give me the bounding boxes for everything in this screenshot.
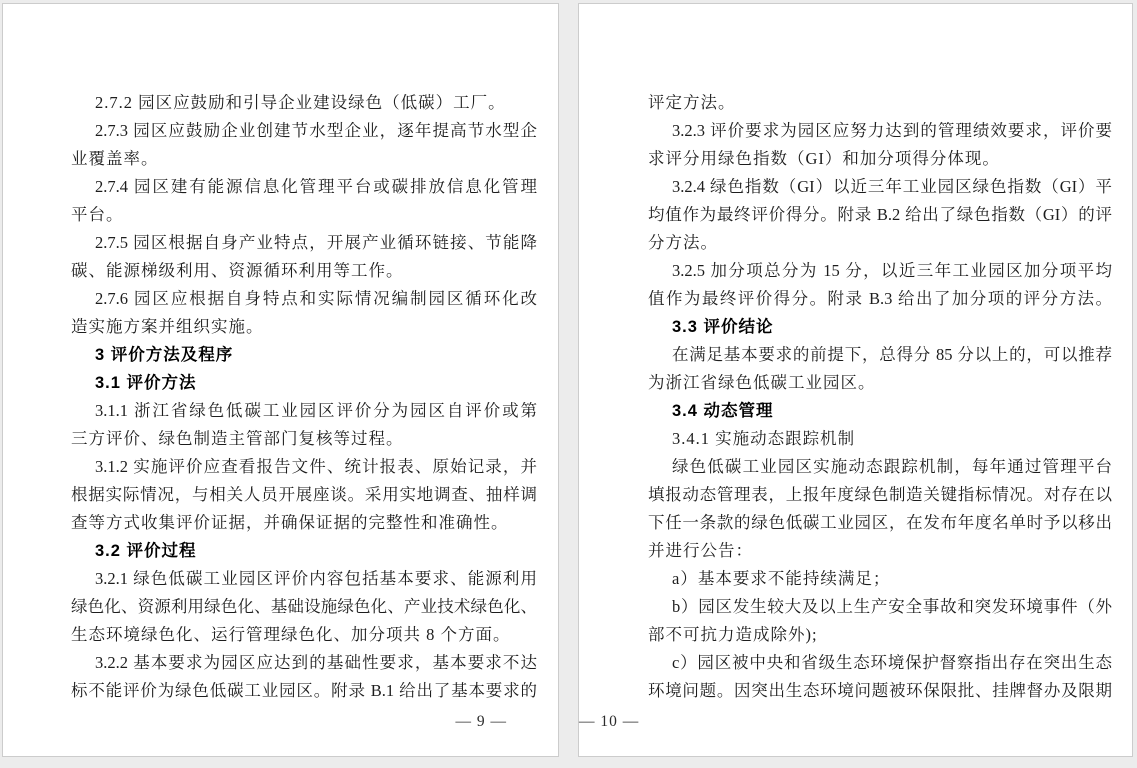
text-line: 3.2.5 加分项总分为 15 分，以近三年工业园区加分项平均 — [648, 257, 1112, 285]
heading-line: 3.2 评价过程 — [71, 537, 537, 565]
text-line: 绿色化、资源利用绿色化、基础设施绿色化、产业技术绿色化、 — [71, 593, 537, 621]
page-9-number: — 9 — — [3, 708, 558, 736]
text-line: b）园区发生较大及以上生产安全事故和突发环境事件（外 — [648, 593, 1112, 621]
text-line: 生态环境绿色化、运行管理绿色化、加分项共 8 个方面。 — [71, 621, 537, 649]
text-line: 绿色低碳工业园区实施动态跟踪机制，每年通过管理平台 — [648, 453, 1112, 481]
document-page-9: 2.7.2 园区应鼓励和引导企业建设绿色（低碳）工厂。2.7.3 园区应鼓励企业… — [2, 3, 559, 757]
text-line: 均值作为最终评价得分。附录 B.2 给出了绿色指数（GI）的评 — [648, 201, 1112, 229]
heading-line: 3 评价方法及程序 — [71, 341, 537, 369]
heading-line: 3.3 评价结论 — [648, 313, 1112, 341]
text-line: 部不可抗力造成除外); — [648, 621, 1112, 649]
text-line: 并进行公告： — [648, 537, 1112, 565]
text-line: 碳、能源梯级利用、资源循环利用等工作。 — [71, 257, 537, 285]
page-10-text-column: 评定方法。3.2.3 评价要求为园区应努力达到的管理绩效要求，评价要求评分用绿色… — [579, 4, 1112, 705]
text-line: 3.2.4 绿色指数（GI）以近三年工业园区绿色指数（GI）平 — [648, 173, 1112, 201]
text-line: 为浙江省绿色低碳工业园区。 — [648, 369, 1112, 397]
text-line: 3.2.3 评价要求为园区应努力达到的管理绩效要求，评价要 — [648, 117, 1112, 145]
heading-line: 3.4 动态管理 — [648, 397, 1112, 425]
text-line: 评定方法。 — [648, 89, 1112, 117]
text-line: c）园区被中央和省级生态环境保护督察指出存在突出生态 — [648, 649, 1112, 677]
document-page-10: 评定方法。3.2.3 评价要求为园区应努力达到的管理绩效要求，评价要求评分用绿色… — [578, 3, 1133, 757]
text-line: 3.4.1 实施动态跟踪机制 — [648, 425, 1112, 453]
text-line: 2.7.2 园区应鼓励和引导企业建设绿色（低碳）工厂。 — [71, 89, 537, 117]
text-line: 造实施方案并组织实施。 — [71, 313, 537, 341]
page-10-number: — 10 — — [579, 708, 1132, 736]
text-line: 填报动态管理表，上报年度绿色制造关键指标情况。对存在以 — [648, 481, 1112, 509]
text-line: 2.7.5 园区根据自身产业特点，开展产业循环链接、节能降 — [71, 229, 537, 257]
text-line: 2.7.6 园区应根据自身特点和实际情况编制园区循环化改 — [71, 285, 537, 313]
text-line: 分方法。 — [648, 229, 1112, 257]
text-line: 三方评价、绿色制造主管部门复核等过程。 — [71, 425, 537, 453]
text-line: 求评分用绿色指数（GI）和加分项得分体现。 — [648, 145, 1112, 173]
text-line: 3.2.1 绿色低碳工业园区评价内容包括基本要求、能源利用 — [71, 565, 537, 593]
text-line: 环境问题。因突出生态环境问题被环保限批、挂牌督办及限期 — [648, 677, 1112, 705]
page-9-text-column: 2.7.2 园区应鼓励和引导企业建设绿色（低碳）工厂。2.7.3 园区应鼓励企业… — [3, 4, 537, 705]
text-line: 2.7.4 园区建有能源信息化管理平台或碳排放信息化管理 — [71, 173, 537, 201]
text-line: a）基本要求不能持续满足； — [648, 565, 1112, 593]
text-line: 3.2.2 基本要求为园区应达到的基础性要求，基本要求不达 — [71, 649, 537, 677]
text-line: 平台。 — [71, 201, 537, 229]
text-line: 根据实际情况，与相关人员开展座谈。采用实地调查、抽样调 — [71, 481, 537, 509]
text-line: 2.7.3 园区应鼓励企业创建节水型企业，逐年提高节水型企 — [71, 117, 537, 145]
text-line: 查等方式收集评价证据，并确保证据的完整性和准确性。 — [71, 509, 537, 537]
text-line: 业覆盖率。 — [71, 145, 537, 173]
text-line: 3.1.2 实施评价应查看报告文件、统计报表、原始记录，并 — [71, 453, 537, 481]
text-line: 3.1.1 浙江省绿色低碳工业园区评价分为园区自评价或第 — [71, 397, 537, 425]
text-line: 值作为最终评价得分。附录 B.3 给出了加分项的评分方法。 — [648, 285, 1112, 313]
text-line: 标不能评价为绿色低碳工业园区。附录 B.1 给出了基本要求的 — [71, 677, 537, 705]
text-line: 下任一条款的绿色低碳工业园区，在发布年度名单时予以移出 — [648, 509, 1112, 537]
text-line: 在满足基本要求的前提下，总得分 85 分以上的，可以推荐 — [648, 341, 1112, 369]
heading-line: 3.1 评价方法 — [71, 369, 537, 397]
